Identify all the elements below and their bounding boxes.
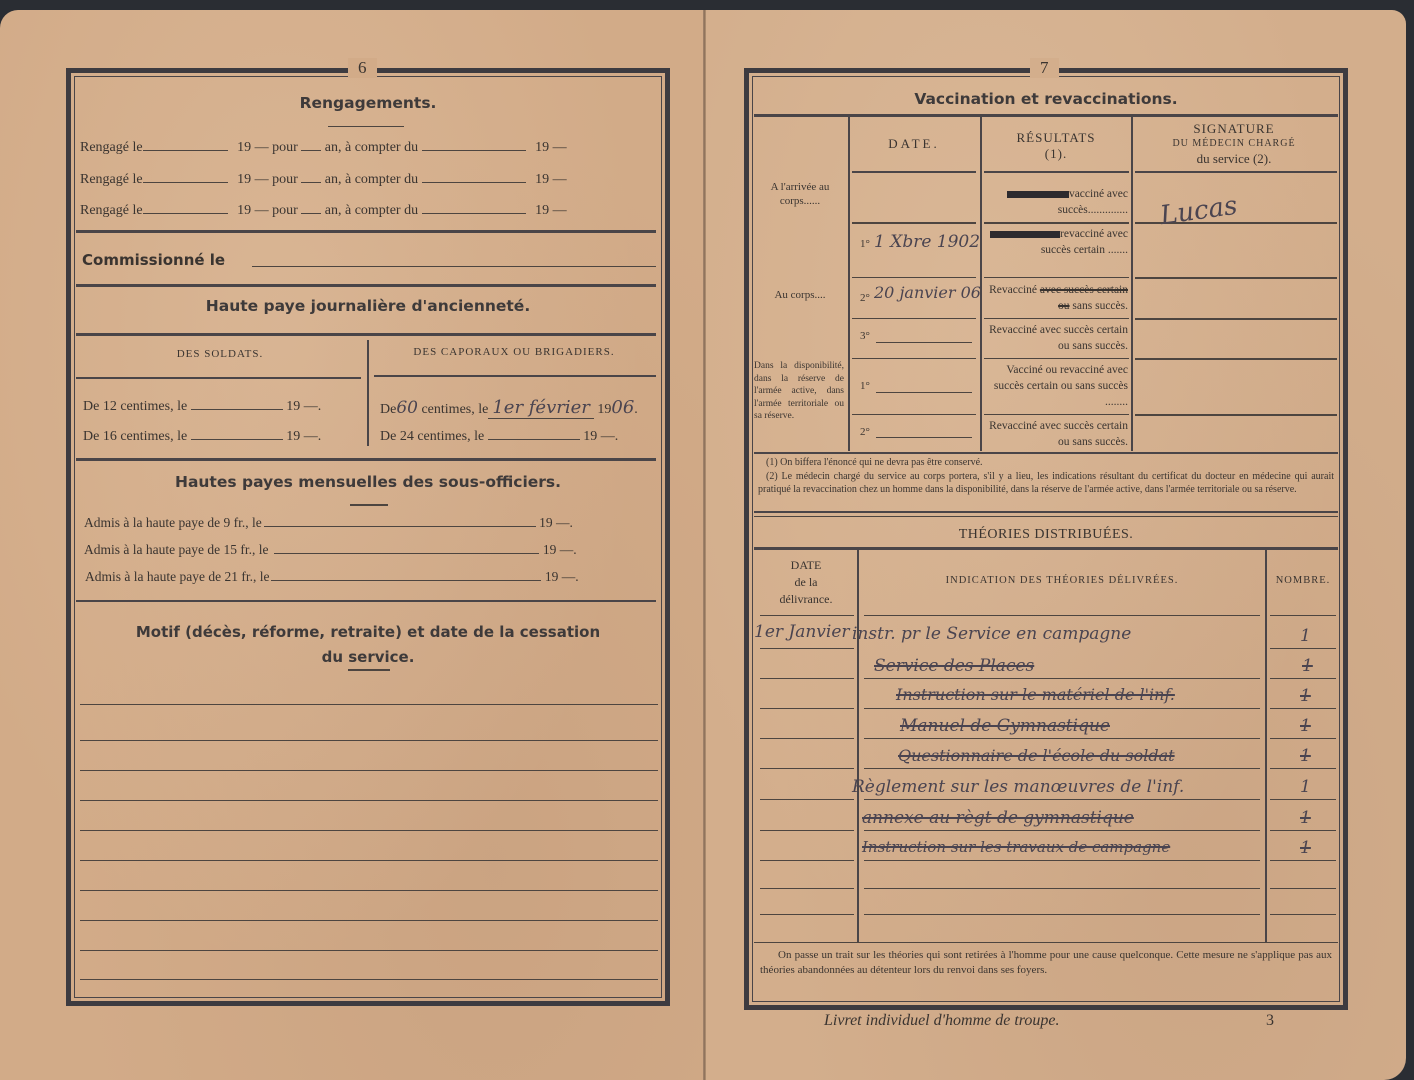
- soldats-row: De 12 centimes, le 19 —.: [83, 399, 321, 415]
- theory-count: 1: [1300, 838, 1311, 858]
- theory-row: Règlement sur les manœuvres de l'inf.: [852, 777, 1184, 797]
- handwritten-amount: 60: [396, 398, 418, 418]
- years-field[interactable]: [301, 213, 321, 214]
- date-row-4: 1°: [860, 380, 870, 392]
- start-date-field[interactable]: [422, 213, 526, 214]
- col-caporaux-header: DES CAPORAUX OU BRIGADIERS.: [372, 346, 656, 358]
- theory-count: 1: [1300, 716, 1311, 736]
- col-soldats-header: DES SOLDATS.: [76, 348, 364, 360]
- theory-count: 1: [1300, 777, 1311, 797]
- theory-count: 1: [1302, 656, 1313, 676]
- theory-row-struck: Manuel de Gymnastique: [900, 716, 1110, 736]
- result-row-3: Revacciné avec succès certain ou sans su…: [988, 322, 1128, 354]
- date-field[interactable]: [264, 526, 536, 527]
- years-field[interactable]: [301, 150, 321, 151]
- signature-header: SIGNATURE DU MÉDECIN CHARGÉ du service (…: [1133, 121, 1335, 166]
- right-page-number: 7: [1030, 58, 1059, 78]
- theories-nombre-header: NOMBRE.: [1268, 575, 1338, 586]
- theories-date-header: DATE de la délivrance.: [756, 557, 856, 608]
- column-divider: [367, 340, 369, 446]
- theory-count: 1: [1300, 626, 1311, 646]
- result-row-0: vacciné avec succès..............: [988, 186, 1128, 218]
- section-divider: [76, 458, 656, 461]
- sheet-number: 3: [1266, 1012, 1274, 1030]
- group-disponibilite: Dans la disponibilité, dans la réserve d…: [754, 360, 844, 423]
- struck-text: [990, 231, 1060, 238]
- theory-count: 1: [1300, 808, 1311, 828]
- vaccination-title: Vaccination et revaccinations.: [754, 90, 1338, 108]
- years-field[interactable]: [301, 182, 321, 183]
- theory-row-struck: Questionnaire de l'école du soldat: [898, 746, 1175, 765]
- haute-paye-row: Admis à la haute paye de 15 fr., le 19 —…: [84, 542, 577, 558]
- date-field[interactable]: [143, 213, 228, 214]
- date-row-2: 2°: [860, 292, 870, 304]
- group-arrivee: A l'arrivée au corps......: [756, 180, 844, 208]
- table-header-rule: [76, 333, 656, 336]
- hautes-payes-mensuelles-title: Hautes payes mensuelles des sous-officie…: [76, 473, 660, 491]
- commissionne-field[interactable]: [252, 266, 656, 267]
- caporaux-row: De 24 centimes, le 19 —.: [380, 429, 618, 445]
- theory-date: 1er Janvier: [754, 622, 850, 642]
- struck-text: [1007, 191, 1069, 198]
- result-row-5: Revacciné avec succès certain ou sans su…: [988, 418, 1128, 450]
- start-date-field[interactable]: [422, 150, 526, 151]
- handwritten-year: 06: [611, 397, 634, 418]
- soldats-row: De 16 centimes, le 19 —.: [83, 429, 321, 445]
- caporaux-row: De60 centimes, le1er février 1906.: [380, 397, 638, 418]
- result-row-1: revacciné avec succès certain .......: [988, 226, 1128, 258]
- left-page-number: 6: [348, 58, 377, 78]
- date-field[interactable]: [191, 409, 283, 410]
- theory-row-struck: Service des Places: [874, 656, 1034, 676]
- group-au-corps: Au corps....: [756, 288, 844, 302]
- haute-paye-journaliere-title: Haute paye journalière d'ancienneté.: [76, 297, 660, 315]
- theories-footer-note: On passe un trait sur les théories qui s…: [760, 948, 1332, 978]
- section-divider: [76, 600, 656, 602]
- title-underline: [328, 126, 404, 127]
- theory-count: 1: [1300, 746, 1311, 766]
- date-row-3: 3°: [860, 330, 870, 342]
- date-row-1: 1°: [860, 238, 870, 250]
- theory-row-struck: annexe au règt de gymnastique: [862, 808, 1134, 828]
- date-field[interactable]: [876, 342, 972, 343]
- theories-indication-header: INDICATION DES THÉORIES DÉLIVRÉES.: [860, 575, 1264, 586]
- haute-paye-row: Admis à la haute paye de 21 fr., le 19 —…: [85, 569, 579, 585]
- booklet-title: Livret individuel d'homme de troupe.: [824, 1012, 1060, 1030]
- resultats-header: RÉSULTATS (1).: [982, 130, 1130, 162]
- vaccination-notes: (1) On biffera l'énoncé qui ne devra pas…: [758, 456, 1334, 497]
- date-field[interactable]: [876, 437, 972, 438]
- date-field[interactable]: [191, 439, 283, 440]
- rengagement-row: Rengagé le 19 — pour an, à compter du 19…: [80, 140, 567, 156]
- handwritten-vaccination-date-1: 1 Xbre 1902: [874, 232, 980, 252]
- result-row-2: Revacciné avec succès certain ou sans su…: [988, 282, 1128, 314]
- date-field[interactable]: [271, 580, 541, 581]
- date-row-5: 2°: [860, 426, 870, 438]
- rengagement-row: Rengagé le 19 — pour an, à compter du 19…: [80, 172, 567, 188]
- theories-title: THÉORIES DISTRIBUÉES.: [754, 527, 1338, 543]
- handwritten-date: 1er février: [488, 397, 594, 419]
- date-header: DATE.: [850, 136, 978, 152]
- theory-row-struck: Instruction sur les travaux de campagne: [862, 838, 1170, 856]
- date-field[interactable]: [488, 439, 580, 440]
- theory-row: instr. pr le Service en campagne: [852, 624, 1131, 644]
- date-field[interactable]: [143, 182, 228, 183]
- motif-title: Motif (décès, réforme, retraite) et date…: [76, 620, 660, 670]
- date-field[interactable]: [876, 392, 972, 393]
- rengagements-title: Rengagements.: [76, 94, 660, 112]
- section-divider: [76, 284, 656, 287]
- date-field[interactable]: [274, 553, 539, 554]
- result-row-4: Vacciné ou revacciné avec succès certain…: [988, 362, 1128, 410]
- theory-row-struck: Instruction sur le matériel de l'inf.: [896, 685, 1175, 704]
- section-divider: [76, 230, 656, 233]
- date-field[interactable]: [143, 150, 228, 151]
- rengagement-row: Rengagé le 19 — pour an, à compter du 19…: [80, 203, 567, 219]
- haute-paye-row: Admis à la haute paye de 9 fr., le 19 —.: [84, 515, 573, 531]
- commissionne-row: Commissionné le: [82, 251, 225, 269]
- handwritten-vaccination-date-2: 20 janvier 06: [874, 283, 981, 302]
- theory-count: 1: [1300, 686, 1311, 706]
- start-date-field[interactable]: [422, 182, 526, 183]
